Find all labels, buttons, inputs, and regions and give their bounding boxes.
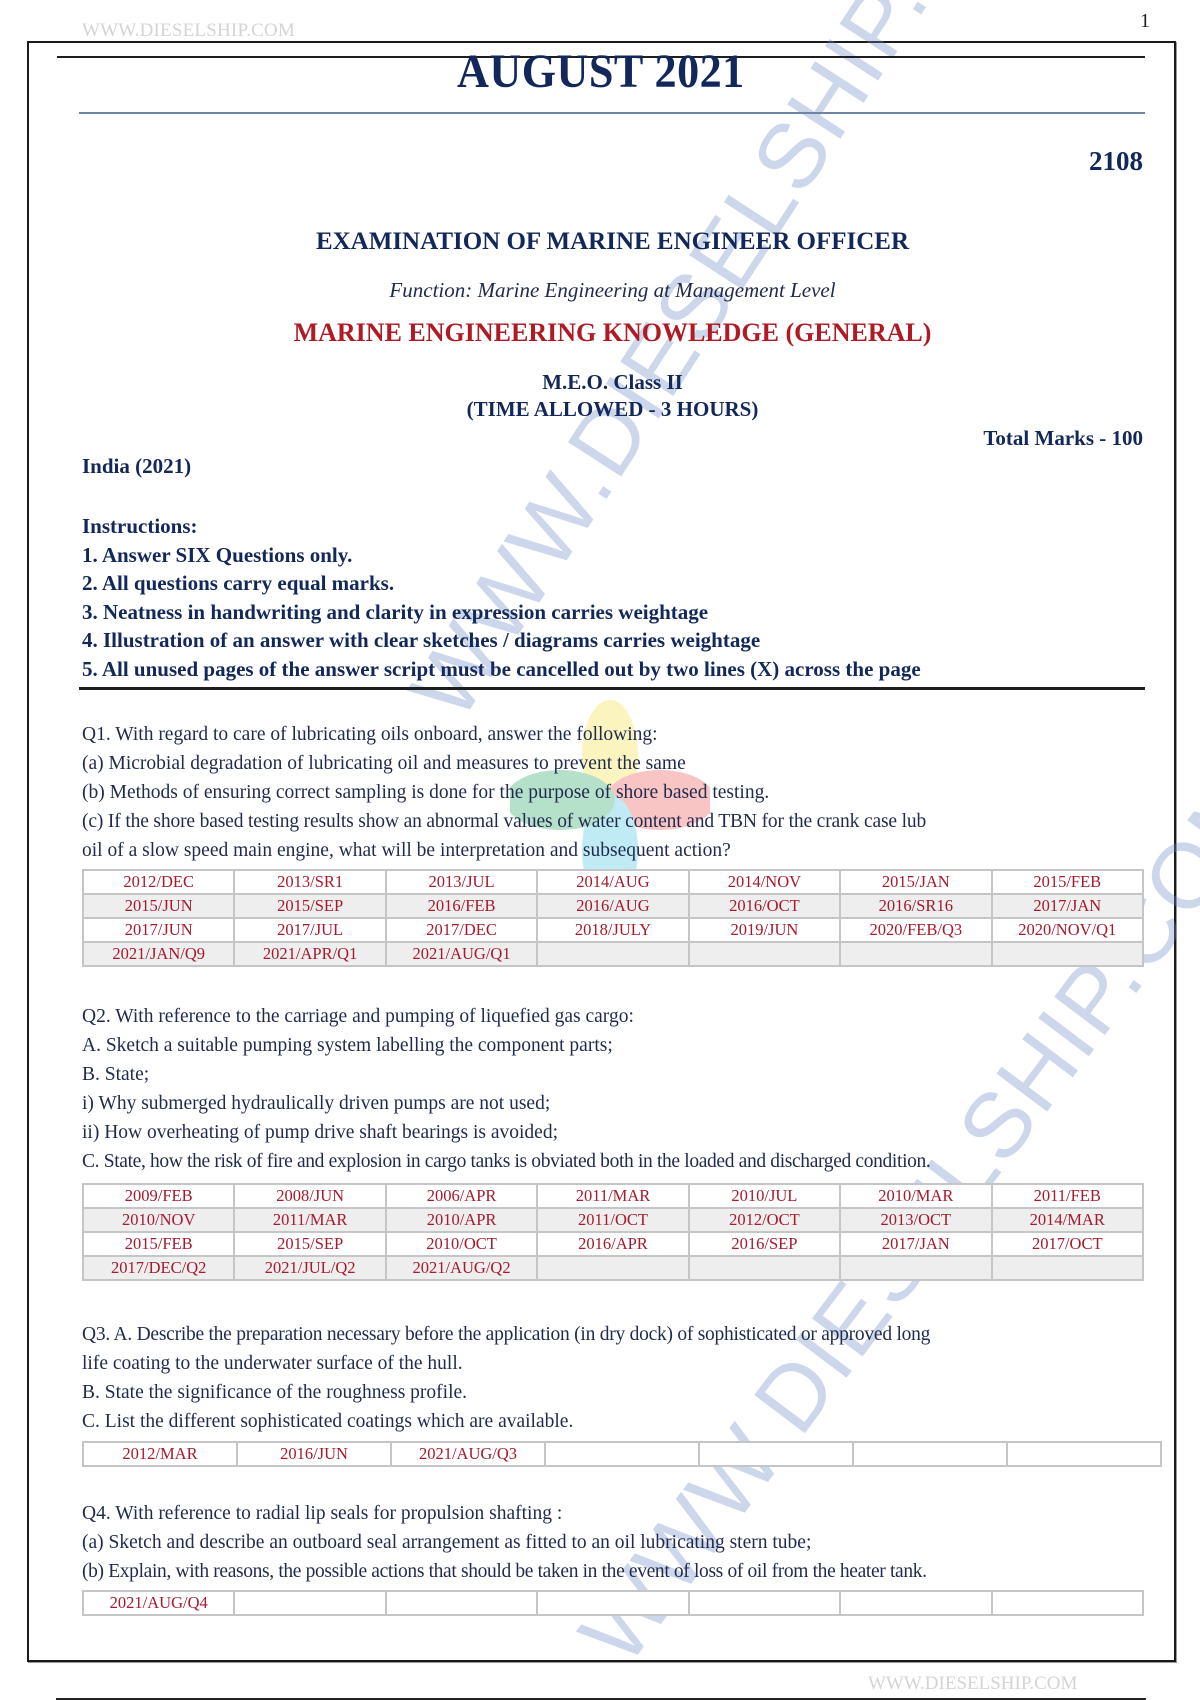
reference-cell: 2020/FEB/Q3 [840, 918, 991, 942]
reference-cell [545, 1442, 699, 1466]
reference-cell: 2009/FEB [83, 1184, 234, 1208]
reference-cell: 2016/JUN [237, 1442, 391, 1466]
reference-cell: 2016/FEB [386, 894, 537, 918]
reference-row: 2009/FEB2008/JUN2006/APR2011/MAR2010/JUL… [83, 1184, 1143, 1208]
reference-cell [992, 1591, 1143, 1615]
reference-cell: 2013/JUL [386, 870, 537, 894]
reference-cell [537, 942, 688, 966]
site-watermark-bottom: WWW.DIESELSHIP.COM [868, 1673, 1077, 1695]
reference-cell: 2021/JAN/Q9 [83, 942, 234, 966]
reference-cell [537, 1256, 688, 1280]
reference-cell: 2017/DEC/Q2 [83, 1256, 234, 1280]
question-line: Q2. With reference to the carriage and p… [82, 1002, 1148, 1031]
page-number: 1 [1140, 10, 1150, 33]
reference-cell [992, 942, 1143, 966]
reference-cell: 2019/JUN [689, 918, 840, 942]
function-line: Function: Marine Engineering at Manageme… [0, 278, 1200, 303]
reference-cell: 2017/JUN [83, 918, 234, 942]
reference-cell: 2020/NOV/Q1 [992, 918, 1143, 942]
reference-cell: 2016/OCT [689, 894, 840, 918]
reference-cell [689, 1591, 840, 1615]
question-line: Q3. A. Describe the preparation necessar… [82, 1320, 1148, 1349]
reference-cell: 2016/SR16 [840, 894, 991, 918]
reference-cell [689, 942, 840, 966]
question-4: Q4. With reference to radial lip seals f… [82, 1499, 1148, 1586]
reference-cell: 2012/DEC [83, 870, 234, 894]
question-line: B. State the significance of the roughne… [82, 1378, 1148, 1407]
paper-code: 2108 [1089, 146, 1143, 177]
site-watermark-top: WWW.DIESELSHIP.COM [82, 20, 295, 42]
reference-cell [699, 1442, 853, 1466]
reference-cell: 2013/SR1 [234, 870, 385, 894]
reference-row: 2015/JUN2015/SEP2016/FEB2016/AUG2016/OCT… [83, 894, 1143, 918]
reference-cell [1007, 1442, 1161, 1466]
reference-cell: 2021/AUG/Q1 [386, 942, 537, 966]
reference-cell: 2010/OCT [386, 1232, 537, 1256]
reference-row: 2010/NOV2011/MAR2010/APR2011/OCT2012/OCT… [83, 1208, 1143, 1232]
reference-row: 2017/JUN2017/JUL2017/DEC2018/JULY2019/JU… [83, 918, 1143, 942]
question-line: A. Sketch a suitable pumping system labe… [82, 1031, 1148, 1060]
reference-table-q4: 2021/AUG/Q4 [82, 1590, 1144, 1616]
reference-cell: 2015/SEP [234, 1232, 385, 1256]
reference-table-q3: 2012/MAR2016/JUN2021/AUG/Q3 [82, 1441, 1162, 1467]
reference-cell: 2011/FEB [992, 1184, 1143, 1208]
reference-cell: 2017/JAN [992, 894, 1143, 918]
reference-cell: 2021/AUG/Q2 [386, 1256, 537, 1280]
instruction-item: 5. All unused pages of the answer script… [82, 655, 921, 684]
instruction-item: 2. All questions carry equal marks. [82, 569, 921, 598]
instruction-item: 1. Answer SIX Questions only. [82, 541, 921, 570]
question-line: ii) How overheating of pump drive shaft … [82, 1118, 1148, 1147]
reference-row: 2021/AUG/Q4 [83, 1591, 1143, 1615]
reference-cell: 2015/FEB [83, 1232, 234, 1256]
time-allowed: (TIME ALLOWED - 3 HOURS) [0, 397, 1200, 422]
reference-cell: 2016/APR [537, 1232, 688, 1256]
country-label: India (2021) [82, 454, 191, 479]
question-line: C. List the different sophisticated coat… [82, 1407, 1148, 1436]
reference-cell [840, 1591, 991, 1615]
reference-cell: 2017/DEC [386, 918, 537, 942]
reference-cell: 2015/FEB [992, 870, 1143, 894]
instruction-item: 4. Illustration of an answer with clear … [82, 626, 921, 655]
reference-cell: 2011/MAR [537, 1184, 688, 1208]
question-line: Q1. With regard to care of lubricating o… [82, 720, 1148, 749]
reference-cell: 2017/JAN [840, 1232, 991, 1256]
reference-cell [992, 1256, 1143, 1280]
question-line: C. State, how the risk of fire and explo… [82, 1147, 1148, 1176]
question-line: (a) Microbial degradation of lubricating… [82, 749, 1148, 778]
question-line: life coating to the underwater surface o… [82, 1349, 1148, 1378]
class-line: M.E.O. Class II [0, 370, 1200, 395]
reference-cell: 2011/MAR [234, 1208, 385, 1232]
reference-cell: 2021/JUL/Q2 [234, 1256, 385, 1280]
question-2: Q2. With reference to the carriage and p… [82, 1002, 1148, 1176]
reference-cell: 2014/MAR [992, 1208, 1143, 1232]
instructions-divider [79, 687, 1145, 690]
reference-cell: 2011/OCT [537, 1208, 688, 1232]
reference-cell: 2010/NOV [83, 1208, 234, 1232]
reference-cell: 2016/AUG [537, 894, 688, 918]
reference-cell: 2017/OCT [992, 1232, 1143, 1256]
reference-cell [537, 1591, 688, 1615]
reference-table-q2: 2009/FEB2008/JUN2006/APR2011/MAR2010/JUL… [82, 1183, 1144, 1281]
question-line: (b) Methods of ensuring correct sampling… [82, 778, 1148, 807]
reference-table-q1: 2012/DEC2013/SR12013/JUL2014/AUG2014/NOV… [82, 869, 1144, 967]
reference-cell: 2010/MAR [840, 1184, 991, 1208]
reference-row: 2021/JAN/Q92021/APR/Q12021/AUG/Q1 [83, 942, 1143, 966]
reference-cell: 2015/SEP [234, 894, 385, 918]
reference-row: 2015/FEB2015/SEP2010/OCT2016/APR2016/SEP… [83, 1232, 1143, 1256]
subject-title: MARINE ENGINEERING KNOWLEDGE (GENERAL) [0, 318, 1200, 348]
question-line: i) Why submerged hydraulically driven pu… [82, 1089, 1148, 1118]
reference-cell: 2012/MAR [83, 1442, 237, 1466]
reference-cell [840, 1256, 991, 1280]
page-title: AUGUST 2021 [49, 44, 1153, 99]
reference-cell: 2006/APR [386, 1184, 537, 1208]
question-3: Q3. A. Describe the preparation necessar… [82, 1320, 1148, 1436]
reference-cell: 2018/JULY [537, 918, 688, 942]
reference-cell: 2021/AUG/Q4 [83, 1591, 234, 1615]
reference-row: 2012/DEC2013/SR12013/JUL2014/AUG2014/NOV… [83, 870, 1143, 894]
exam-title: EXAMINATION OF MARINE ENGINEER OFFICER [0, 228, 1200, 256]
reference-cell [234, 1591, 385, 1615]
reference-cell: 2010/JUL [689, 1184, 840, 1208]
instruction-item: 3. Neatness in handwriting and clarity i… [82, 598, 921, 627]
question-line: B. State; [82, 1060, 1148, 1089]
question-line: (b) Explain, with reasons, the possible … [82, 1557, 1148, 1586]
question-line: (c) If the shore based testing results s… [82, 807, 1148, 836]
reference-cell: 2021/AUG/Q3 [391, 1442, 545, 1466]
reference-cell: 2015/JUN [83, 894, 234, 918]
reference-cell [853, 1442, 1007, 1466]
reference-cell: 2014/AUG [537, 870, 688, 894]
question-line: Q4. With reference to radial lip seals f… [82, 1499, 1148, 1528]
reference-cell: 2017/JUL [234, 918, 385, 942]
instructions-heading: Instructions: [82, 512, 921, 541]
total-marks: Total Marks - 100 [983, 426, 1143, 451]
reference-cell: 2016/SEP [689, 1232, 840, 1256]
reference-cell [689, 1256, 840, 1280]
reference-row: 2012/MAR2016/JUN2021/AUG/Q3 [83, 1442, 1161, 1466]
question-line: (a) Sketch and describe an outboard seal… [82, 1528, 1148, 1557]
reference-cell: 2015/JAN [840, 870, 991, 894]
reference-cell: 2021/APR/Q1 [234, 942, 385, 966]
reference-cell: 2013/OCT [840, 1208, 991, 1232]
reference-cell: 2010/APR [386, 1208, 537, 1232]
reference-cell: 2008/JUN [234, 1184, 385, 1208]
question-line: oil of a slow speed main engine, what wi… [82, 836, 1148, 865]
reference-row: 2017/DEC/Q22021/JUL/Q22021/AUG/Q2 [83, 1256, 1143, 1280]
reference-cell: 2012/OCT [689, 1208, 840, 1232]
instructions: Instructions: 1. Answer SIX Questions on… [82, 512, 921, 683]
title-bottom-rule [79, 112, 1145, 114]
reference-cell [386, 1591, 537, 1615]
reference-cell: 2014/NOV [689, 870, 840, 894]
reference-cell [840, 942, 991, 966]
question-1: Q1. With regard to care of lubricating o… [82, 720, 1148, 865]
